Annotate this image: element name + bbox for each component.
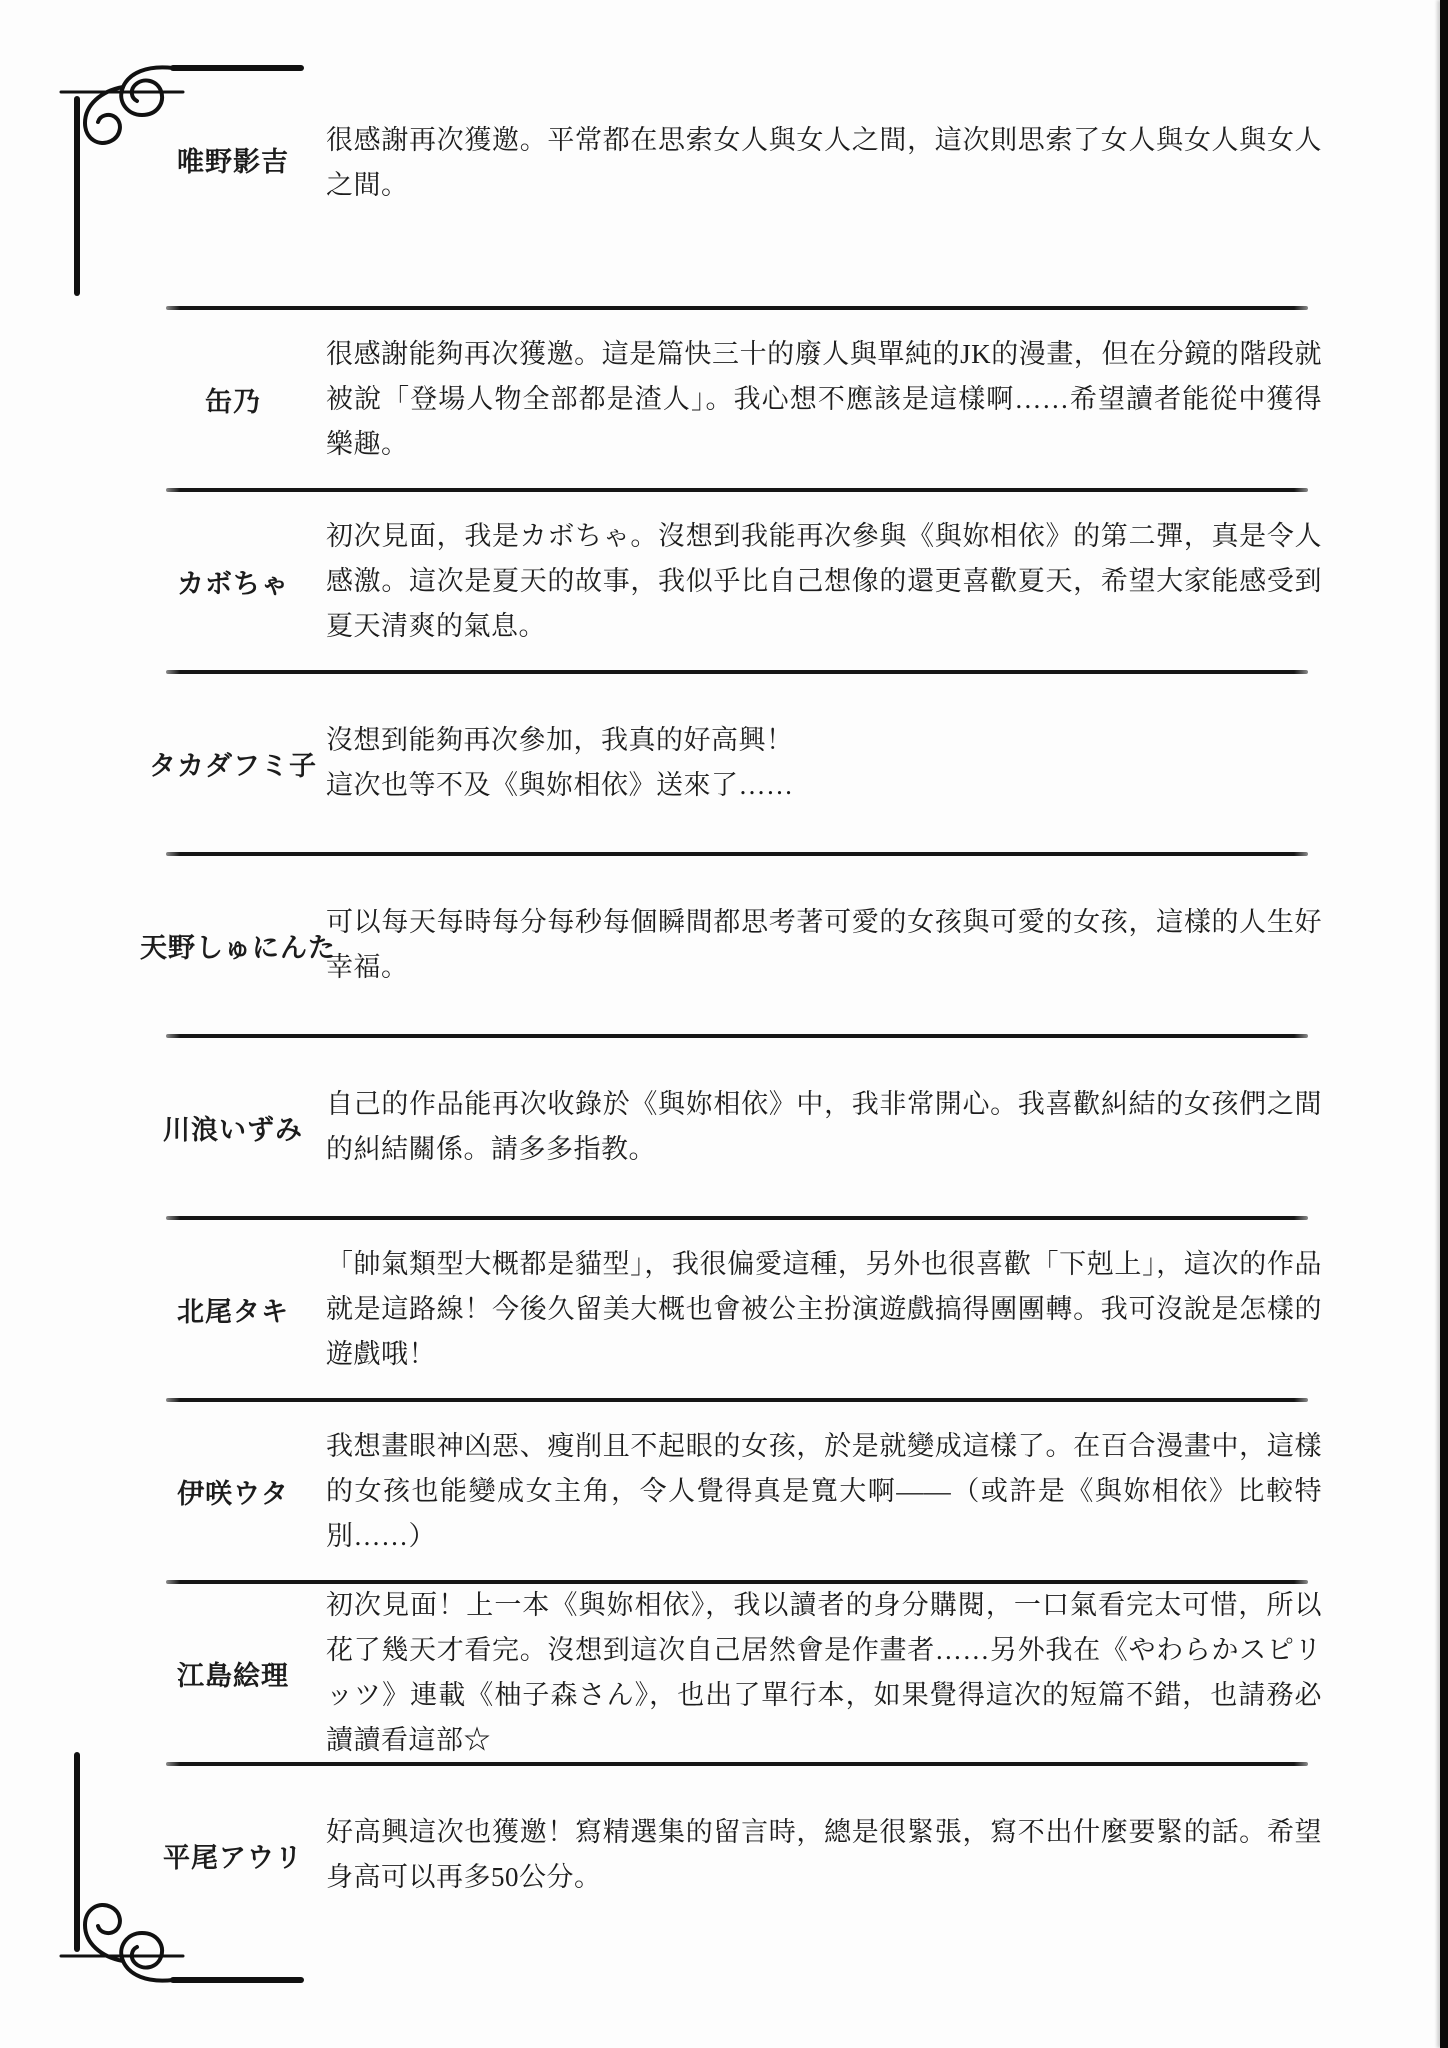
page-edge-shadow [1440, 0, 1448, 2048]
author-name: 江島絵理 [140, 1654, 326, 1693]
author-name: 天野しゅにんた [140, 926, 326, 965]
author-name: 川浪いずみ [140, 1108, 326, 1147]
author-entry: 缶乃 很感謝能夠再次獲邀。這是篇快三十的廢人與單純的JK的漫畫，但在分鏡的階段就… [140, 310, 1322, 488]
author-comment: 初次見面！上一本《與妳相依》，我以讀者的身分購閱，一口氣看完太可惜，所以花了幾天… [326, 1583, 1322, 1763]
author-name: 伊咲ウタ [140, 1472, 326, 1511]
author-entry: 唯野影吉 很感謝再次獲邀。平常都在思索女人與女人之間，這次則思索了女人與女人與女… [140, 90, 1322, 306]
author-name: 平尾アウリ [140, 1836, 326, 1875]
author-comment: 初次見面，我是カボちゃ。沒想到我能再次參與《與妳相依》的第二彈，真是令人感激。這… [326, 514, 1322, 649]
author-entry: 北尾タキ 「帥氣類型大概都是貓型」，我很偏愛這種，另外也很喜歡「下剋上」，這次的… [140, 1220, 1322, 1398]
author-entry: 川浪いずみ 自己的作品能再次收錄於《與妳相依》中，我非常開心。我喜歡糾結的女孩們… [140, 1038, 1322, 1216]
author-comment: 很感謝再次獲邀。平常都在思索女人與女人之間，這次則思索了女人與女人與女人之間。 [326, 118, 1322, 208]
author-entry: 天野しゅにんた 可以每天每時每分每秒每個瞬間都思考著可愛的女孩與可愛的女孩，這樣… [140, 856, 1322, 1034]
author-entry: 平尾アウリ 好高興這次也獲邀！寫精選集的留言時，總是很緊張，寫不出什麼要緊的話。… [140, 1766, 1322, 1944]
author-comment: 我想畫眼神凶惡、瘦削且不起眼的女孩，於是就變成這樣了。在百合漫畫中，這樣的女孩也… [326, 1424, 1322, 1559]
author-name: タカダフミ子 [140, 744, 326, 783]
author-name: カボちゃ [140, 562, 326, 601]
author-comment: 很感謝能夠再次獲邀。這是篇快三十的廢人與單純的JK的漫畫，但在分鏡的階段就被說「… [326, 332, 1322, 467]
author-entry: 伊咲ウタ 我想畫眼神凶惡、瘦削且不起眼的女孩，於是就變成這樣了。在百合漫畫中，這… [140, 1402, 1322, 1580]
author-entry: カボちゃ 初次見面，我是カボちゃ。沒想到我能再次參與《與妳相依》的第二彈，真是令… [140, 492, 1322, 670]
author-entry: 江島絵理 初次見面！上一本《與妳相依》，我以讀者的身分購閱，一口氣看完太可惜，所… [140, 1584, 1322, 1762]
author-comment: 沒想到能夠再次參加，我真的好高興！ 這次也等不及《與妳相依》送來了…… [326, 718, 1322, 808]
afterword-page: 唯野影吉 很感謝再次獲邀。平常都在思索女人與女人之間，這次則思索了女人與女人與女… [0, 0, 1448, 2048]
author-name: 缶乃 [140, 380, 326, 419]
author-comment: 好高興這次也獲邀！寫精選集的留言時，總是很緊張，寫不出什麼要緊的話。希望身高可以… [326, 1810, 1322, 1900]
author-comment: 「帥氣類型大概都是貓型」，我很偏愛這種，另外也很喜歡「下剋上」，這次的作品就是這… [326, 1242, 1322, 1377]
author-name: 唯野影吉 [140, 140, 326, 179]
author-name: 北尾タキ [140, 1290, 326, 1329]
author-comments-list: 唯野影吉 很感謝再次獲邀。平常都在思索女人與女人之間，這次則思索了女人與女人與女… [140, 90, 1322, 1944]
author-comment: 自己的作品能再次收錄於《與妳相依》中，我非常開心。我喜歡糾結的女孩們之間的糾結關… [326, 1082, 1322, 1172]
author-comment: 可以每天每時每分每秒每個瞬間都思考著可愛的女孩與可愛的女孩，這樣的人生好幸福。 [326, 900, 1322, 990]
author-entry: タカダフミ子 沒想到能夠再次參加，我真的好高興！ 這次也等不及《與妳相依》送來了… [140, 674, 1322, 852]
